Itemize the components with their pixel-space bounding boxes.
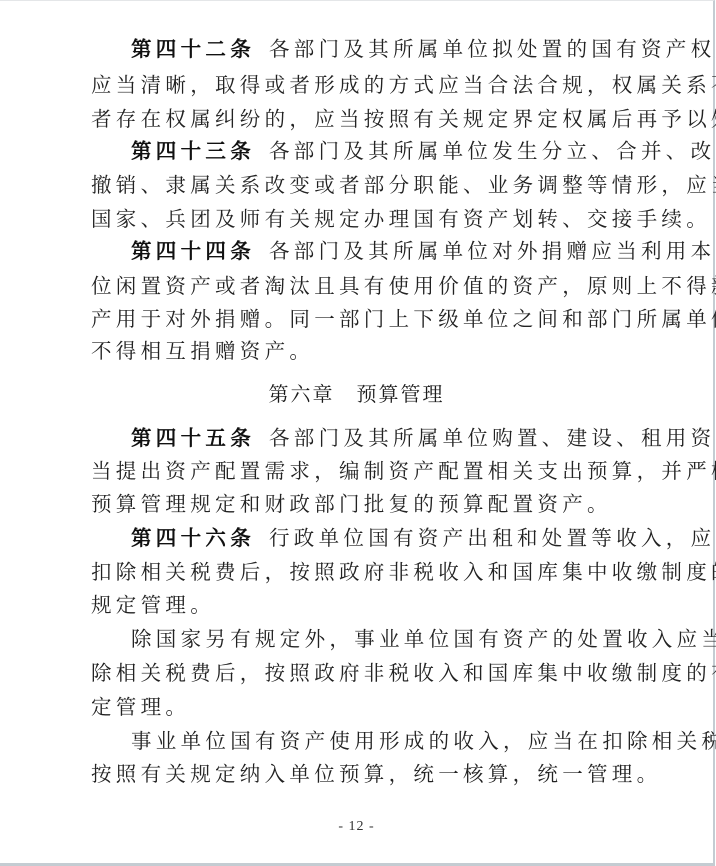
- page-number: - 12 -: [0, 819, 713, 835]
- text-line: 除相关税费后，按照政府非税收入和国库集中收缴制度的有关规: [91, 656, 621, 690]
- line-text: 各部门及其所属单位对外捐赠应当利用本单: [269, 239, 716, 263]
- text-line: 扣除相关税费后，按照政府非税收入和国库集中收缴制度的有关: [91, 555, 621, 589]
- line-text: 行政单位国有资产出租和处置等收入，应当在: [269, 526, 716, 550]
- line-text: 各部门及其所属单位拟处置的国有资产权属: [269, 37, 716, 61]
- text-line: 第四十六条行政单位国有资产出租和处置等收入，应当在: [131, 521, 621, 555]
- text-line: 第四十三条各部门及其所属单位发生分立、合并、改制、: [131, 134, 621, 168]
- document-page: 第四十二条各部门及其所属单位拟处置的国有资产权属 应当清晰，取得或者形成的方式应…: [0, 0, 715, 866]
- line-text: 各部门及其所属单位购置、建设、租用资产应: [269, 426, 716, 450]
- text-line: 者存在权属纠纷的，应当按照有关规定界定权属后再予以处置。: [91, 102, 621, 136]
- text-line: 第四十二条各部门及其所属单位拟处置的国有资产权属: [131, 32, 621, 66]
- article-number: 第四十五条: [131, 426, 255, 450]
- text-line: 国家、兵团及师有关规定办理国有资产划转、交接手续。: [91, 202, 621, 236]
- text-line: 第四十五条各部门及其所属单位购置、建设、租用资产应: [131, 421, 621, 455]
- chapter-heading: 第六章预算管理: [0, 377, 713, 411]
- article-number: 第四十二条: [131, 37, 255, 61]
- chapter-title: 预算管理: [357, 382, 445, 406]
- text-line: 产用于对外捐赠。同一部门上下级单位之间和部门所属单位之间: [91, 302, 621, 336]
- text-line: 应当清晰，取得或者形成的方式应当合法合规，权属关系不明或: [91, 68, 621, 102]
- text-line: 第四十四条各部门及其所属单位对外捐赠应当利用本单: [131, 234, 621, 268]
- text-line: 不得相互捐赠资产。: [91, 334, 621, 368]
- text-line: 按照有关规定纳入单位预算，统一核算，统一管理。: [91, 757, 621, 791]
- text-line: 规定管理。: [91, 588, 621, 622]
- text-line: 当提出资产配置需求，编制资产配置相关支出预算，并严格按照: [91, 454, 621, 488]
- line-text: 各部门及其所属单位发生分立、合并、改制、: [269, 139, 716, 163]
- article-number: 第四十三条: [131, 139, 255, 163]
- text-line: 定管理。: [91, 690, 621, 724]
- text-line: 位闲置资产或者淘汰且具有使用价值的资产，原则上不得新购资: [91, 269, 621, 303]
- text-line: 预算管理规定和财政部门批复的预算配置资产。: [91, 487, 621, 521]
- text-line: 撤销、隶属关系改变或者部分职能、业务调整等情形，应当根据: [91, 168, 621, 202]
- article-number: 第四十六条: [131, 526, 255, 550]
- article-number: 第四十四条: [131, 239, 255, 263]
- text-line: 事业单位国有资产使用形成的收入，应当在扣除相关税费后，: [131, 724, 621, 758]
- chapter-number: 第六章: [269, 382, 335, 406]
- text-line: 除国家另有规定外，事业单位国有资产的处置收入应当在扣: [131, 622, 621, 656]
